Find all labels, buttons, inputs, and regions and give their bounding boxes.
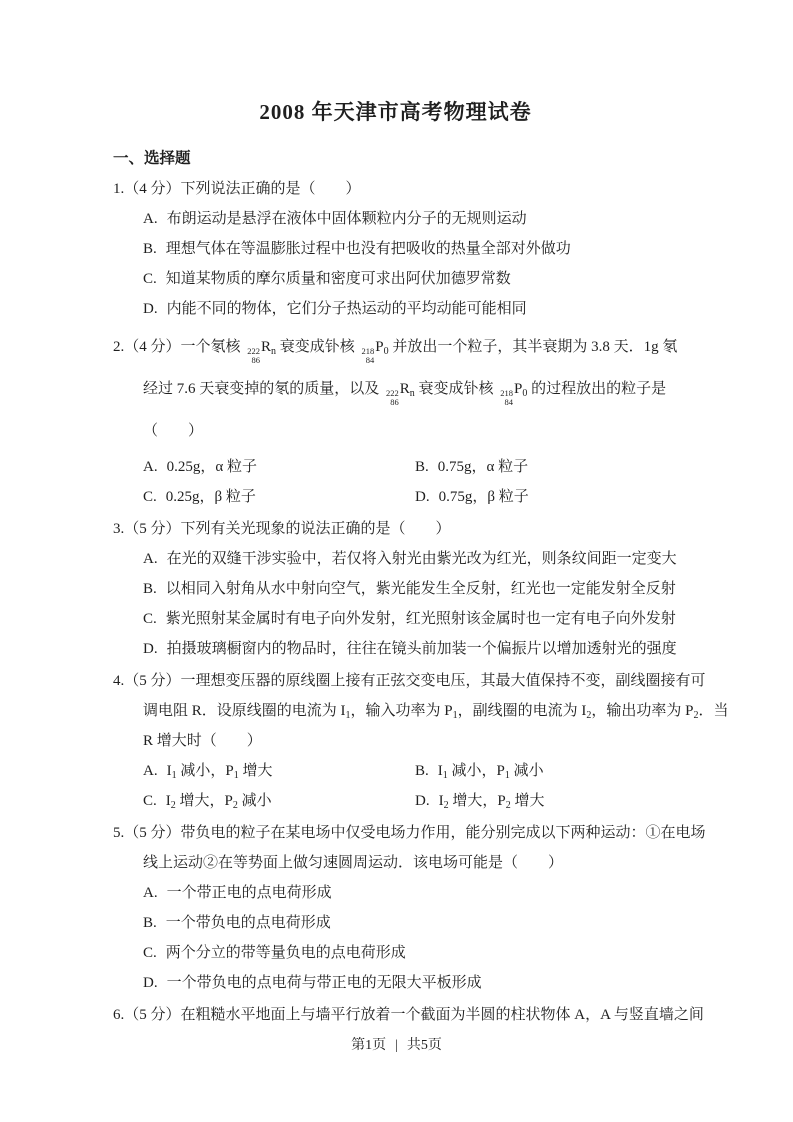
- option-label: B.: [415, 459, 429, 475]
- option-text: 内能不同的物体，它们分子热运动的平均动能可能相同: [167, 301, 527, 317]
- question-2-stem-line-3: （ ）: [143, 410, 678, 452]
- question-4-stem-line-1: 4.（5 分）一理想变压器的原线圈上接有正弦交变电压，其最大值保持不变，副线圈接…: [113, 666, 678, 696]
- subscript: 2: [233, 800, 238, 811]
- subscript: 1: [443, 770, 448, 781]
- subscript: 2: [693, 710, 698, 721]
- question-2-option-a: A.0.25g，α 粒子: [143, 452, 415, 482]
- question-3: 3.（5 分）下列有关光现象的说法正确的是（ ）A.在光的双缝干涉实验中，若仅将…: [113, 514, 678, 664]
- option-label: D.: [143, 641, 158, 657]
- question-3-option-b: B.以相同入射角从水中射向空气，紫光能发生全反射，红光也一定能发射全反射: [143, 574, 678, 604]
- subscript: n: [410, 388, 415, 399]
- option-text: 拍摄玻璃橱窗内的物品时，往往在镜头前加装一个偏振片以增加透射光的强度: [167, 641, 677, 657]
- question-6-stem-line-1: 6.（5 分）在粗糙水平地面上与墙平行放着一个截面为半圆的柱状物体 A，A 与竖…: [113, 1000, 678, 1030]
- question-3-option-a: A.在光的双缝干涉实验中，若仅将入射光由紫光改为红光，则条纹间距一定变大: [143, 544, 678, 574]
- option-text: 紫光照射某金属时有电子向外发射，红光照射该金属时也一定有电子向外发射: [166, 611, 676, 627]
- option-text: 在光的双缝干涉实验中，若仅将入射光由紫光改为红光，则条纹间距一定变大: [167, 551, 677, 567]
- nuclide-prescript: 22286: [386, 389, 399, 406]
- question-1-option-c: C.知道某物质的摩尔质量和密度可求出阿伏加德罗常数: [143, 264, 678, 294]
- option-label: C.: [143, 611, 157, 627]
- subscript: n: [271, 346, 276, 357]
- question-5-stem-line-2: 线上运动②在等势面上做匀速圆周运动．该电场可能是（ ）: [143, 848, 678, 878]
- option-label: C.: [143, 945, 157, 961]
- option-label: C.: [143, 271, 157, 287]
- question-4: 4.（5 分）一理想变压器的原线圈上接有正弦交变电压，其最大值保持不变，副线圈接…: [113, 666, 678, 816]
- option-label: A.: [143, 459, 158, 475]
- question-3-option-c: C.紫光照射某金属时有电子向外发射，红光照射该金属时也一定有电子向外发射: [143, 604, 678, 634]
- option-text: 一个带负电的点电荷与带正电的无限大平板形成: [167, 975, 482, 991]
- option-label: A.: [143, 551, 158, 567]
- question-5-option-b: B.一个带负电的点电荷形成: [143, 908, 678, 938]
- option-text: 0.25g，α 粒子: [167, 459, 257, 475]
- question-1-options: A.布朗运动是悬浮在液体中固体颗粒内分子的无规则运动B.理想气体在等温膨胀过程中…: [143, 204, 678, 324]
- option-text: 以相同入射角从水中射向空气，紫光能发生全反射，红光也一定能发射全反射: [166, 581, 676, 597]
- option-label: C.: [143, 793, 157, 809]
- option-label: D.: [415, 489, 430, 505]
- subscript: 1: [453, 710, 458, 721]
- option-text: 0.25g，β 粒子: [166, 489, 256, 505]
- question-1-option-a: A.布朗运动是悬浮在液体中固体颗粒内分子的无规则运动: [143, 204, 678, 234]
- question-4-options: A.I1 减小，P1 增大B.I1 减小，P1 减小C.I2 增大，P2 减小D…: [143, 756, 678, 816]
- page-title: 2008 年天津市高考物理试卷: [113, 97, 678, 127]
- nuclide-prescript: 22286: [247, 347, 260, 364]
- option-text: I1 减小，P1 减小: [438, 763, 544, 779]
- question-2-stem-line-2: 经过 7.6 天衰变掉的氡的质量，以及 22286Rn 衰变成钋核 21884P…: [143, 368, 678, 410]
- question-4-option-d: D.I2 增大，P2 增大: [415, 786, 678, 816]
- question-4-option-a: A.I1 减小，P1 增大: [143, 756, 415, 786]
- option-text: I2 增大，P2 减小: [166, 793, 272, 809]
- page-content: 2008 年天津市高考物理试卷 一、选择题 1.（4 分）下列说法正确的是（ ）…: [0, 97, 793, 1030]
- option-text: 一个带负电的点电荷形成: [166, 915, 331, 931]
- option-text: I2 增大，P2 增大: [439, 793, 545, 809]
- option-label: D.: [143, 975, 158, 991]
- nuclide-prescript: 21884: [362, 347, 375, 364]
- option-text: 布朗运动是悬浮在液体中固体颗粒内分子的无规则运动: [167, 211, 527, 227]
- question-4-option-c: C.I2 增大，P2 减小: [143, 786, 415, 816]
- exam-document-page: 2008 年天津市高考物理试卷 一、选择题 1.（4 分）下列说法正确的是（ ）…: [0, 0, 793, 1122]
- question-4-option-b: B.I1 减小，P1 减小: [415, 756, 678, 786]
- subscript: 2: [171, 800, 176, 811]
- question-5-option-a: A.一个带正电的点电荷形成: [143, 878, 678, 908]
- footer-page-total: 共5页: [407, 1038, 442, 1053]
- option-text: 理想气体在等温膨胀过程中也没有把吸收的热量全部对外做功: [166, 241, 571, 257]
- question-4-stem-line-3: R 增大时（ ）: [143, 726, 678, 756]
- question-2-options: A.0.25g，α 粒子B.0.75g，α 粒子C.0.25g，β 粒子D.0.…: [143, 452, 678, 512]
- question-6: 6.（5 分）在粗糙水平地面上与墙平行放着一个截面为半圆的柱状物体 A，A 与竖…: [113, 1000, 678, 1030]
- question-3-stem-line-1: 3.（5 分）下列有关光现象的说法正确的是（ ）: [113, 514, 678, 544]
- question-1-stem-line-1: 1.（4 分）下列说法正确的是（ ）: [113, 174, 678, 204]
- option-label: C.: [143, 489, 157, 505]
- question-3-option-d: D.拍摄玻璃橱窗内的物品时，往往在镜头前加装一个偏振片以增加透射光的强度: [143, 634, 678, 664]
- subscript: 2: [586, 710, 591, 721]
- question-1-option-b: B.理想气体在等温膨胀过程中也没有把吸收的热量全部对外做功: [143, 234, 678, 264]
- question-2-stem-line-1: 2.（4 分）一个氡核 22286Rn 衰变成钋核 21884P0 并放出一个粒…: [113, 326, 678, 368]
- question-2: 2.（4 分）一个氡核 22286Rn 衰变成钋核 21884P0 并放出一个粒…: [113, 326, 678, 512]
- page-footer: 第1页|共5页: [0, 1037, 793, 1055]
- option-label: B.: [143, 581, 157, 597]
- option-label: D.: [415, 793, 430, 809]
- question-1-option-d: D.内能不同的物体，它们分子热运动的平均动能可能相同: [143, 294, 678, 324]
- question-5-option-d: D.一个带负电的点电荷与带正电的无限大平板形成: [143, 968, 678, 998]
- subscript: 1: [505, 770, 510, 781]
- option-label: B.: [143, 241, 157, 257]
- question-2-option-c: C.0.25g，β 粒子: [143, 482, 415, 512]
- section-heading: 一、选择题: [113, 146, 678, 172]
- subscript: 1: [346, 710, 351, 721]
- question-5: 5.（5 分）带负电的粒子在某电场中仅受电场力作用，能分别完成以下两种运动：①在…: [113, 818, 678, 998]
- subscript: 0: [384, 346, 389, 357]
- question-3-options: A.在光的双缝干涉实验中，若仅将入射光由紫光改为红光，则条纹间距一定变大B.以相…: [143, 544, 678, 664]
- question-1: 1.（4 分）下列说法正确的是（ ）A.布朗运动是悬浮在液体中固体颗粒内分子的无…: [113, 174, 678, 324]
- option-label: B.: [143, 915, 157, 931]
- question-4-stem-line-2: 调电阻 R．设原线圈的电流为 I1，输入功率为 P1，副线圈的电流为 I2，输出…: [143, 696, 678, 726]
- option-text: 0.75g，α 粒子: [438, 459, 528, 475]
- option-text: 两个分立的带等量负电的点电荷形成: [166, 945, 406, 961]
- subscript: 0: [522, 388, 527, 399]
- questions-container: 1.（4 分）下列说法正确的是（ ）A.布朗运动是悬浮在液体中固体颗粒内分子的无…: [113, 174, 678, 1030]
- question-5-option-c: C.两个分立的带等量负电的点电荷形成: [143, 938, 678, 968]
- option-label: B.: [415, 763, 429, 779]
- nuclide-prescript: 21884: [500, 389, 513, 406]
- question-2-option-b: B.0.75g，α 粒子: [415, 452, 678, 482]
- question-5-options: A.一个带正电的点电荷形成B.一个带负电的点电荷形成C.两个分立的带等量负电的点…: [143, 878, 678, 998]
- option-label: A.: [143, 885, 158, 901]
- subscript: 2: [506, 800, 511, 811]
- option-label: A.: [143, 763, 158, 779]
- footer-separator: |: [395, 1038, 398, 1053]
- option-text: 0.75g，β 粒子: [439, 489, 529, 505]
- footer-page-current: 第1页: [351, 1038, 386, 1053]
- subscript: 1: [172, 770, 177, 781]
- option-text: 一个带正电的点电荷形成: [167, 885, 332, 901]
- subscript: 1: [234, 770, 239, 781]
- option-text: 知道某物质的摩尔质量和密度可求出阿伏加德罗常数: [166, 271, 511, 287]
- question-5-stem-line-1: 5.（5 分）带负电的粒子在某电场中仅受电场力作用，能分别完成以下两种运动：①在…: [113, 818, 678, 848]
- subscript: 2: [444, 800, 449, 811]
- option-text: I1 减小，P1 增大: [167, 763, 273, 779]
- option-label: D.: [143, 301, 158, 317]
- question-2-option-d: D.0.75g，β 粒子: [415, 482, 678, 512]
- option-label: A.: [143, 211, 158, 227]
